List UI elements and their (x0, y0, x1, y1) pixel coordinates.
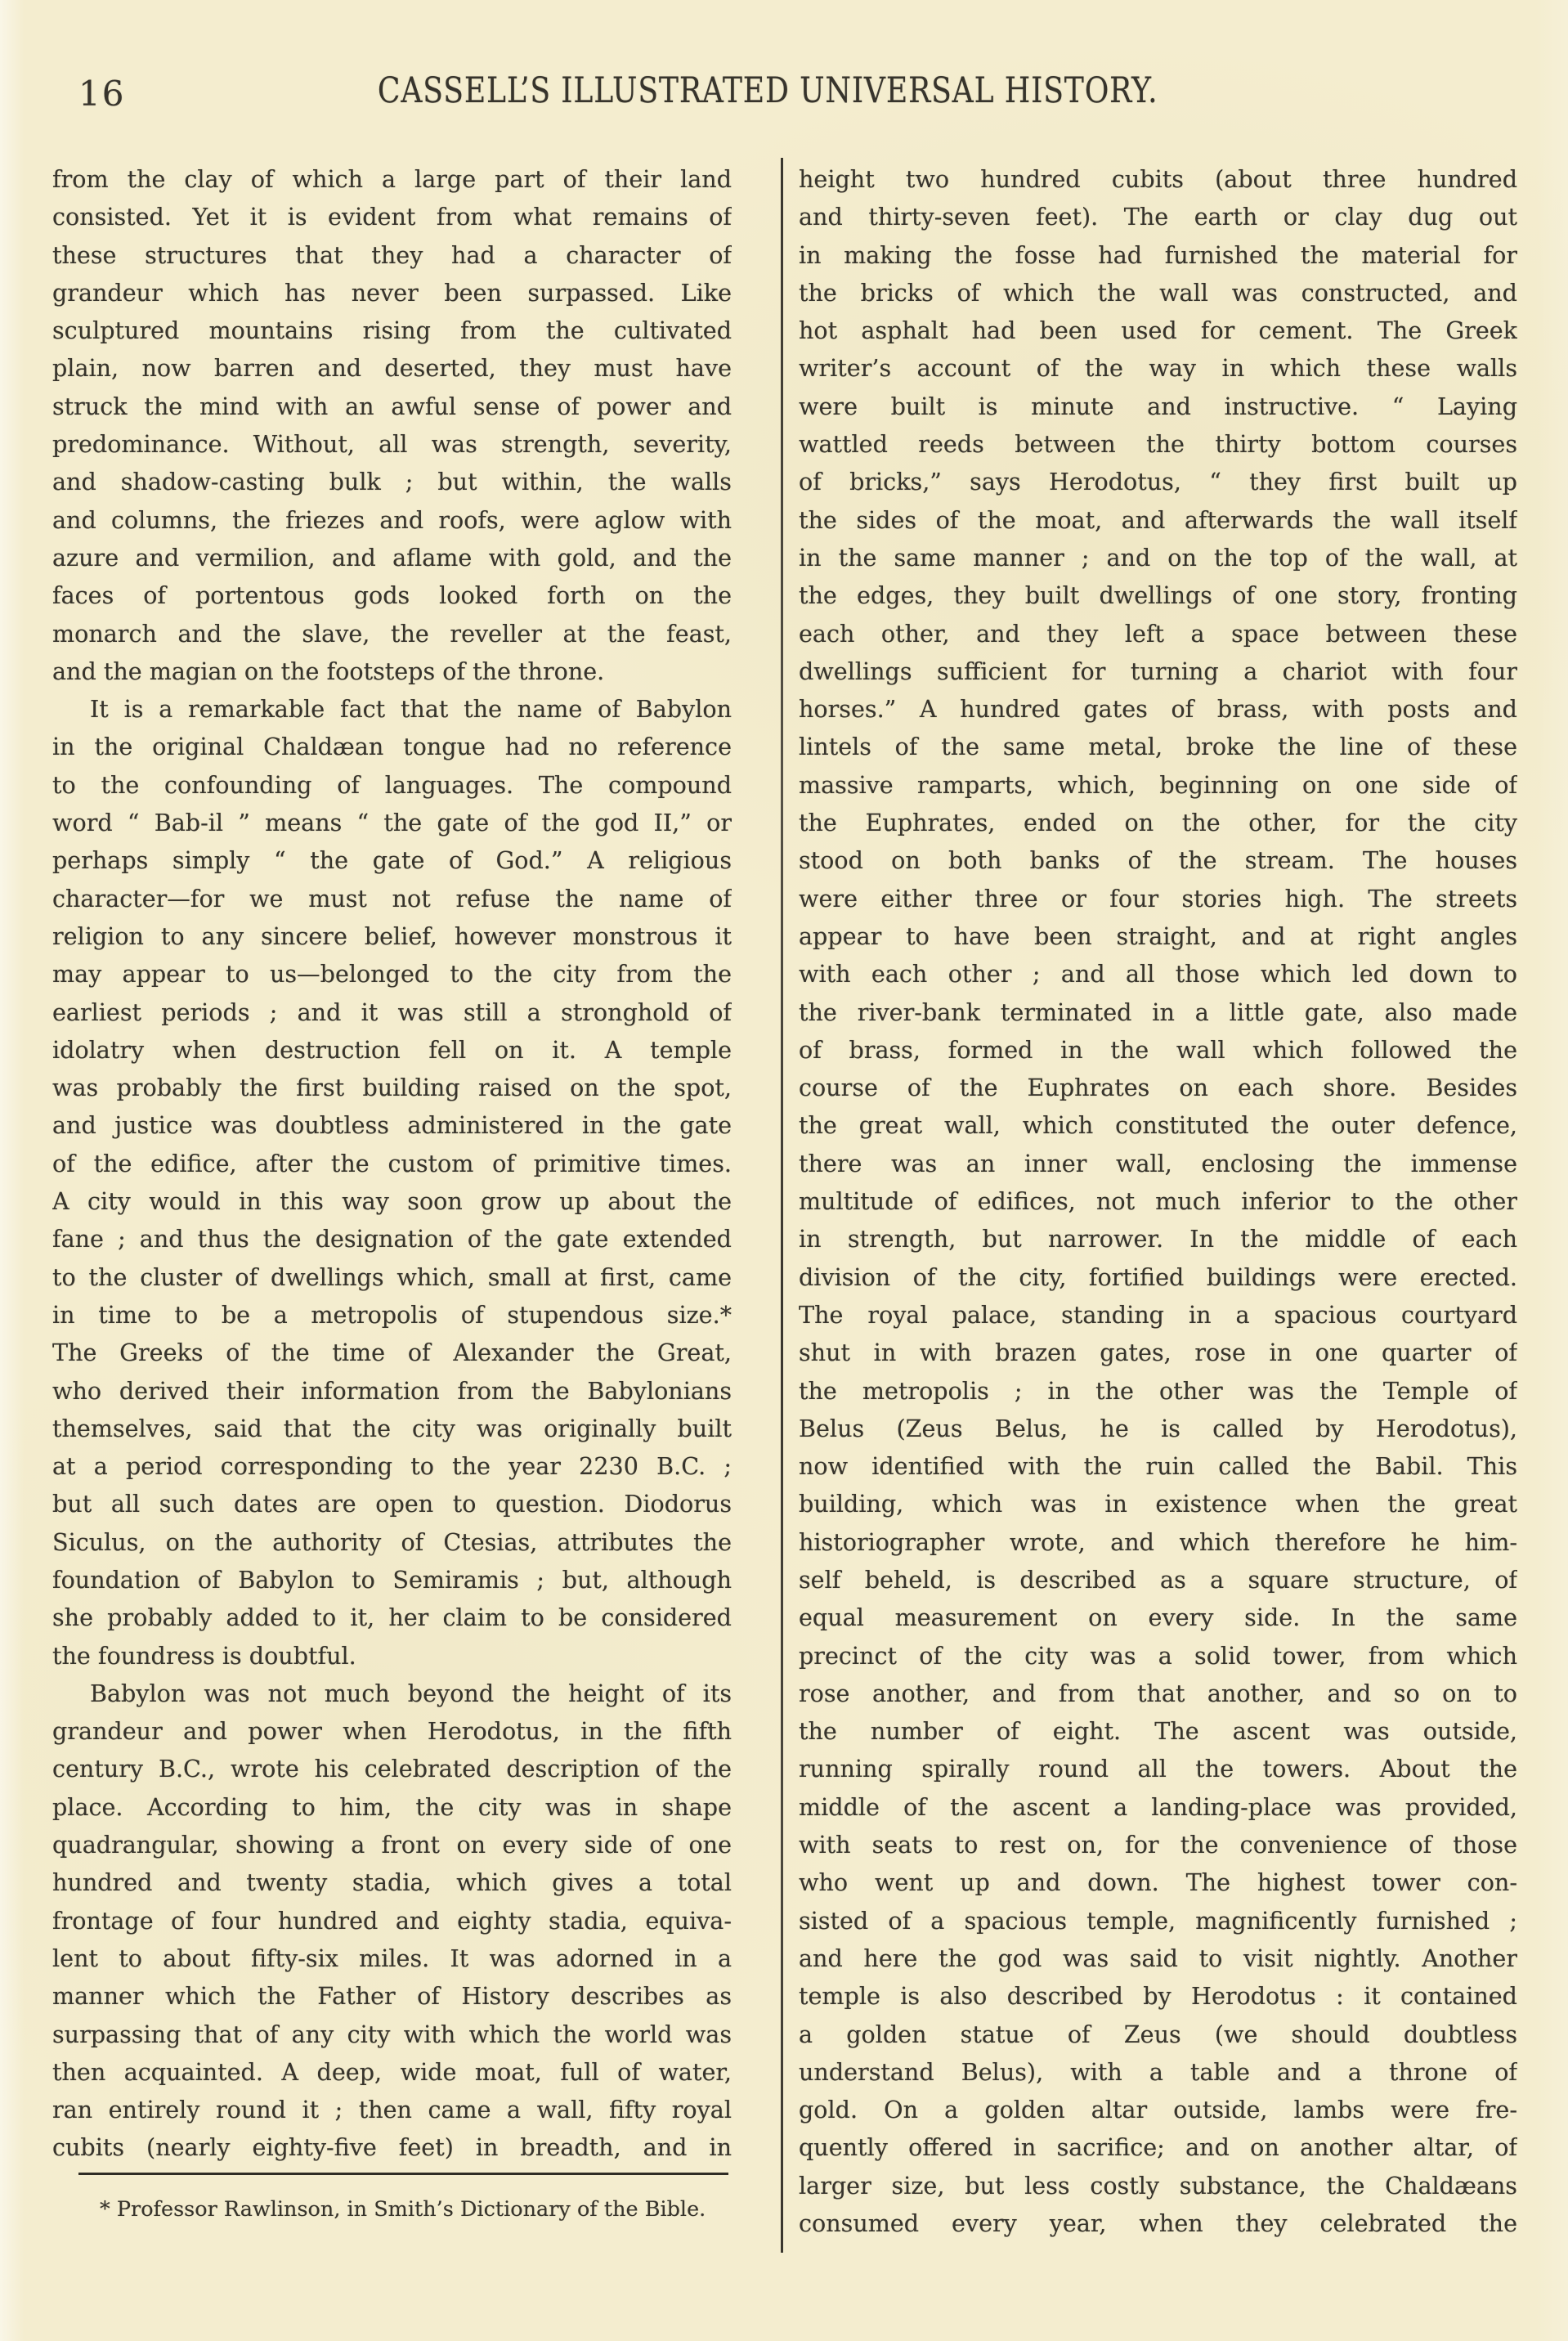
text-line: Siculus, on the authority of Ctesias, at… (52, 1523, 732, 1561)
text-line: in time to be a metropolis of stupendous… (52, 1296, 732, 1334)
text-line: each other, and they left a space betwee… (799, 615, 1517, 653)
text-line: character—for we must not refuse the nam… (52, 880, 732, 917)
text-line: then acquainted. A deep, wide moat, full… (52, 2053, 732, 2091)
text-line: the number of eight. The ascent was outs… (799, 1712, 1517, 1750)
running-head: CASSELL’S ILLUSTRATED UNIVERSAL HISTORY. (0, 74, 1535, 109)
text-line: in the original Chaldæan tongue had no r… (52, 728, 732, 765)
text-line: of the edifice, after the custom of prim… (52, 1145, 732, 1182)
text-line: perhaps simply “ the gate of God.” A rel… (52, 841, 732, 879)
text-line: The royal palace, standing in a spacious… (799, 1296, 1517, 1334)
text-line: dwellings sufficient for turning a chari… (799, 653, 1517, 690)
footnote-separator-rule (78, 2173, 728, 2175)
text-line: to the cluster of dwellings which, small… (52, 1258, 732, 1296)
text-line: lintels of the same metal, broke the lin… (799, 728, 1517, 765)
text-line: and justice was doubtless administered i… (52, 1106, 732, 1144)
text-line: division of the city, fortified building… (799, 1258, 1517, 1296)
text-line: idolatry when destruction fell on it. A … (52, 1031, 732, 1069)
text-line: sculptured mountains rising from the cul… (52, 312, 732, 349)
text-line: the great wall, which constituted the ou… (799, 1106, 1517, 1144)
text-line: century B.C., wrote his celebrated descr… (52, 1750, 732, 1787)
text-line: place. According to him, the city was in… (52, 1788, 732, 1826)
text-line: the sides of the moat, and afterwards th… (799, 501, 1517, 539)
text-line: in the same manner ; and on the top of t… (799, 539, 1517, 576)
text-line: in making the fosse had furnished the ma… (799, 236, 1517, 274)
text-line: at a period corresponding to the year 22… (52, 1447, 732, 1485)
text-line: plain, now barren and deserted, they mus… (52, 349, 732, 387)
column-divider-rule (781, 158, 783, 2253)
text-line: hundred and twenty stadia, which gives a… (52, 1863, 732, 1901)
text-line: themselves, said that the city was origi… (52, 1410, 732, 1447)
text-line: consisted. Yet it is evident from what r… (52, 198, 732, 235)
text-line: quently offered in sacrifice; and on ano… (799, 2128, 1517, 2166)
text-line: and columns, the friezes and roofs, were… (52, 501, 732, 539)
text-line: understand Belus), with a table and a th… (799, 2053, 1517, 2091)
right-text-column: height two hundred cubits (about three h… (799, 160, 1517, 2242)
text-line: grandeur and power when Herodotus, in th… (52, 1712, 732, 1750)
left-text-column: from the clay of which a large part of t… (52, 160, 732, 2167)
text-line: height two hundred cubits (about three h… (799, 160, 1517, 198)
text-line: fane ; and thus the designation of the g… (52, 1220, 732, 1258)
text-line: writer’s account of the way in which the… (799, 349, 1517, 387)
text-line: shut in with brazen gates, rose in one q… (799, 1334, 1517, 1371)
text-line: horses.” A hundred gates of brass, with … (799, 690, 1517, 728)
text-line: middle of the ascent a landing-place was… (799, 1788, 1517, 1826)
text-line: religion to any sincere belief, however … (52, 917, 732, 955)
text-line: self beheld, is described as a square st… (799, 1561, 1517, 1599)
text-line: the river-bank terminated in a little ga… (799, 993, 1517, 1031)
text-line: consumed every year, when they celebrate… (799, 2204, 1517, 2242)
text-line: struck the mind with an awful sense of p… (52, 388, 732, 425)
text-line: from the clay of which a large part of t… (52, 160, 732, 198)
text-line: surpassing that of any city with which t… (52, 2016, 732, 2053)
text-line: wattled reeds between the thirty bottom … (799, 425, 1517, 463)
text-line: there was an inner wall, enclosing the i… (799, 1145, 1517, 1182)
text-line: the bricks of which the wall was constru… (799, 274, 1517, 312)
text-line: historiographer wrote, and which therefo… (799, 1523, 1517, 1561)
text-line: of bricks,” says Herodotus, “ they first… (799, 463, 1517, 500)
text-line: running spirally round all the towers. A… (799, 1750, 1517, 1787)
book-page: 16 CASSELL’S ILLUSTRATED UNIVERSAL HISTO… (0, 0, 1568, 2341)
text-line: were either three or four stories high. … (799, 880, 1517, 917)
text-line: foundation of Babylon to Semiramis ; but… (52, 1561, 732, 1599)
text-line: rose another, and from that another, and… (799, 1675, 1517, 1712)
text-line: but all such dates are open to question.… (52, 1485, 732, 1523)
text-line: the foundress is doubtful. (52, 1637, 732, 1675)
text-line: appear to have been straight, and at rig… (799, 917, 1517, 955)
text-line: Babylon was not much beyond the height o… (52, 1675, 732, 1712)
text-line: and here the god was said to visit night… (799, 1940, 1517, 1977)
text-line: sisted of a spacious temple, magnificent… (799, 1902, 1517, 1940)
text-line: course of the Euphrates on each shore. B… (799, 1069, 1517, 1106)
text-line: and shadow-casting bulk ; but within, th… (52, 463, 732, 500)
text-line: and the magian on the footsteps of the t… (52, 653, 732, 690)
text-line: azure and vermilion, and aflame with gol… (52, 539, 732, 576)
text-line: frontage of four hundred and eighty stad… (52, 1902, 732, 1940)
text-line: faces of portentous gods looked forth on… (52, 576, 732, 614)
text-line: who went up and down. The highest tower … (799, 1863, 1517, 1901)
text-line: temple is also described by Herodotus : … (799, 1977, 1517, 2015)
text-line: word “ Bab-il ” means “ the gate of the … (52, 804, 732, 841)
text-line: massive ramparts, which, beginning on on… (799, 766, 1517, 804)
text-line: multitude of edifices, not much inferior… (799, 1182, 1517, 1220)
text-line: these structures that they had a charact… (52, 236, 732, 274)
text-line: were built is minute and instructive. “ … (799, 388, 1517, 425)
text-line: with seats to rest on, for the convenien… (799, 1826, 1517, 1863)
text-line: precinct of the city was a solid tower, … (799, 1637, 1517, 1675)
text-line: gold. On a golden altar outside, lambs w… (799, 2091, 1517, 2128)
text-line: who derived their information from the B… (52, 1372, 732, 1410)
text-line: in strength, but narrower. In the middle… (799, 1220, 1517, 1258)
text-line: earliest periods ; and it was still a st… (52, 993, 732, 1031)
text-line: lent to about fifty-six miles. It was ad… (52, 1940, 732, 1977)
text-line: now identified with the ruin called the … (799, 1447, 1517, 1485)
text-line: Belus (Zeus Belus, he is called by Herod… (799, 1410, 1517, 1447)
text-line: a golden statue of Zeus (we should doubt… (799, 2016, 1517, 2053)
text-line: building, which was in existence when th… (799, 1485, 1517, 1523)
text-line: she probably added to it, her claim to b… (52, 1599, 732, 1636)
text-line: The Greeks of the time of Alexander the … (52, 1334, 732, 1371)
text-line: predominance. Without, all was strength,… (52, 425, 732, 463)
text-line: monarch and the slave, the reveller at t… (52, 615, 732, 653)
text-line: larger size, but less costly substance, … (799, 2167, 1517, 2204)
text-line: ran entirely round it ; then came a wall… (52, 2091, 732, 2128)
text-line: with each other ; and all those which le… (799, 955, 1517, 993)
text-line: may appear to us—belonged to the city fr… (52, 955, 732, 993)
text-line: the Euphrates, ended on the other, for t… (799, 804, 1517, 841)
text-line: cubits (nearly eighty-five feet) in brea… (52, 2128, 732, 2166)
text-line: to the confounding of languages. The com… (52, 766, 732, 804)
text-line: the edges, they built dwellings of one s… (799, 576, 1517, 614)
text-line: equal measurement on every side. In the … (799, 1599, 1517, 1636)
text-line: A city would in this way soon grow up ab… (52, 1182, 732, 1220)
running-title: CASSELL’S ILLUSTRATED UNIVERSAL HISTORY. (378, 74, 1158, 109)
text-line: manner which the Father of History descr… (52, 1977, 732, 2015)
text-line: quadrangular, showing a front on every s… (52, 1826, 732, 1863)
text-line: hot asphalt had been used for cement. Th… (799, 312, 1517, 349)
text-line: grandeur which has never been surpassed.… (52, 274, 732, 312)
text-line: stood on both banks of the stream. The h… (799, 841, 1517, 879)
text-line: and thirty-seven feet). The earth or cla… (799, 198, 1517, 235)
text-line: the metropolis ; in the other was the Te… (799, 1372, 1517, 1410)
footnote: * Professor Rawlinson, in Smith’s Dictio… (52, 2196, 732, 2223)
text-line: of brass, formed in the wall which follo… (799, 1031, 1517, 1069)
text-line: It is a remarkable fact that the name of… (52, 690, 732, 728)
text-line: was probably the first building raised o… (52, 1069, 732, 1106)
